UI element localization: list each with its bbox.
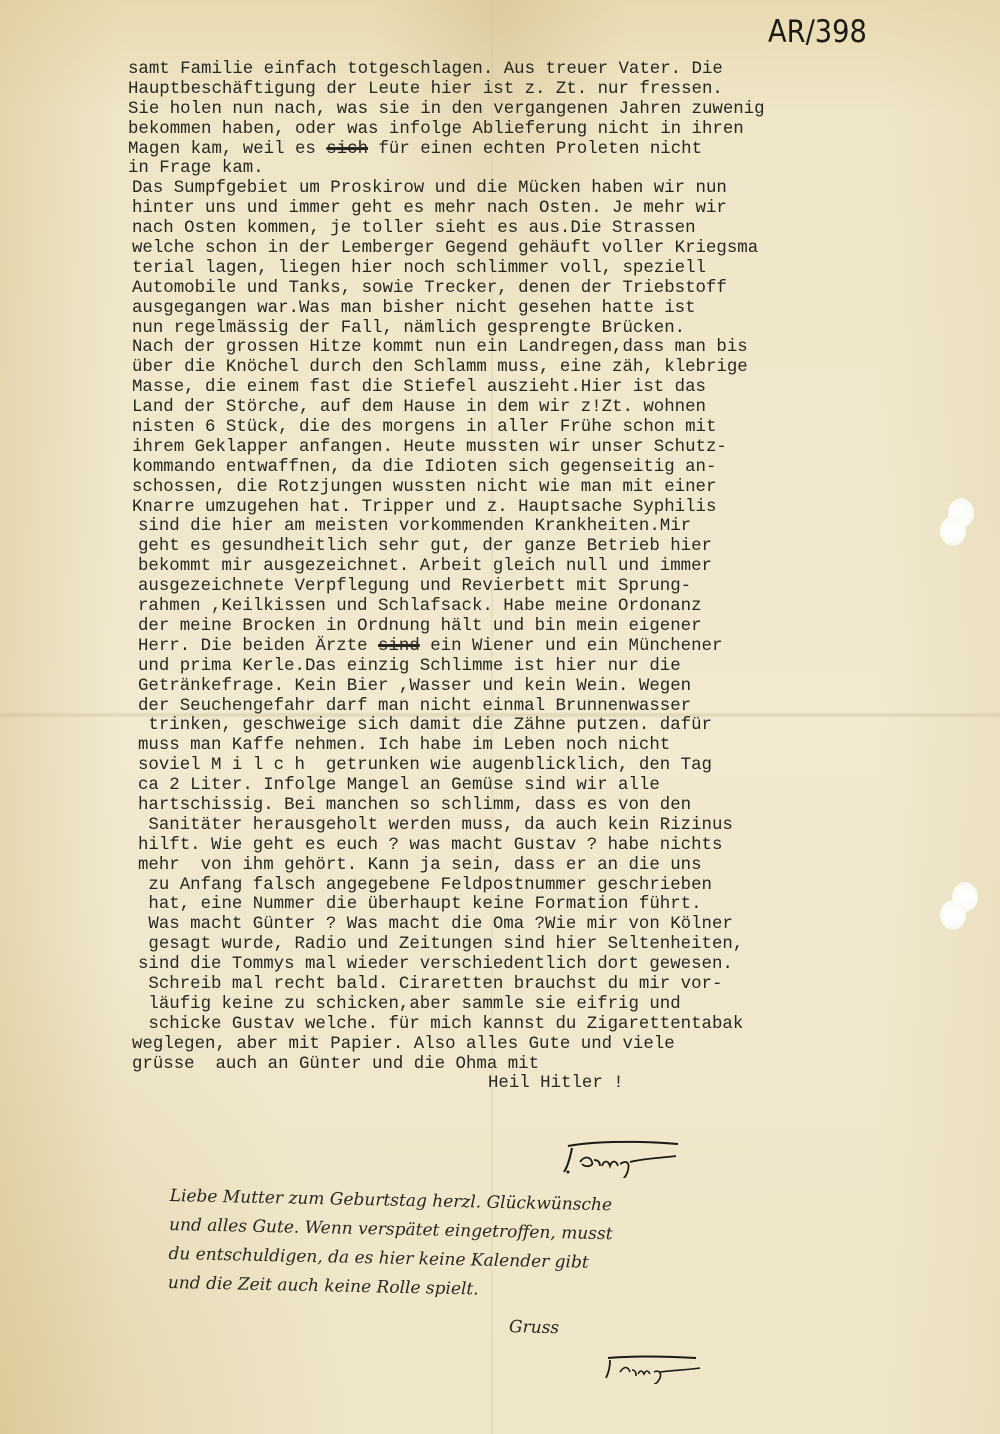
typed-line: ausgezeichnete Verpflegung und Revierbet… (128, 577, 908, 597)
typed-line: gesagt wurde, Radio und Zeitungen sind h… (128, 935, 908, 955)
typed-line: Was macht Günter ? Was macht die Oma ?Wi… (128, 915, 908, 935)
postscript-greeting: Gruss (509, 1313, 560, 1343)
struck-word: sind (378, 637, 420, 656)
typed-line: nach Osten kommen, je toller sieht es au… (128, 219, 908, 239)
typed-line: Sie holen nun nach, was sie in den verga… (128, 100, 908, 120)
archive-id-stamp: AR/398 (768, 14, 867, 50)
typed-line: Knarre umzugehen hat. Tripper und z. Hau… (128, 498, 908, 518)
typed-line: hartschissig. Bei manchen so schlimm, da… (128, 796, 908, 816)
typed-line: nisten 6 Stück, die des morgens in aller… (128, 418, 908, 438)
typed-line: Land der Störche, auf dem Hause in dem w… (128, 398, 908, 418)
typed-line: ihrem Geklapper anfangen. Heute mussten … (128, 438, 908, 458)
signature-icon (550, 1138, 690, 1178)
typed-line: geht es gesundheitlich sehr gut, der gan… (128, 537, 908, 557)
typed-line: läufig keine zu schicken,aber sammle sie… (128, 995, 908, 1015)
typed-line: samt Familie einfach totgeschlagen. Aus … (128, 60, 908, 80)
typed-line: Getränkefrage. Kein Bier ,Wasser und kei… (128, 677, 908, 697)
typed-line: Schreib mal recht bald. Ciraretten brauc… (128, 975, 908, 995)
punch-hole (940, 516, 966, 546)
typed-line: rahmen ,Keilkissen und Schlafsack. Habe … (128, 597, 908, 617)
typed-line: welche schon in der Lemberger Gegend geh… (128, 239, 908, 259)
typed-line: bekommen haben, oder was infolge Abliefe… (128, 120, 908, 140)
typed-line: sind die hier am meisten vorkommenden Kr… (128, 517, 908, 537)
typed-line: in Frage kam. (128, 159, 908, 179)
typed-line: schicke Gustav welche. für mich kannst d… (128, 1015, 908, 1035)
typed-line: zu Anfang falsch angegebene Feldpostnumm… (128, 876, 908, 896)
typed-line: über die Knöchel durch den Schlamm muss,… (128, 358, 908, 378)
signature-icon (600, 1354, 710, 1384)
typed-line: der meine Brocken in Ordnung hält und bi… (128, 617, 908, 637)
closing-salutation: Heil Hitler ! (128, 1074, 908, 1094)
typed-line: terial lagen, liegen hier noch schlimmer… (128, 259, 908, 279)
typed-line: Sanitäter herausgeholt werden muss, da a… (128, 816, 908, 836)
typed-line: muss man Kaffe nehmen. Ich habe im Leben… (128, 736, 908, 756)
typed-line: soviel M i l c h getrunken wie augenblic… (128, 756, 908, 776)
typed-line: Hauptbeschäftigung der Leute hier ist z.… (128, 80, 908, 100)
typed-line: mehr von ihm gehört. Kann ja sein, dass … (128, 856, 908, 876)
typed-line: Herr. Die beiden Ärzte sind ein Wiener u… (128, 637, 908, 657)
typed-line: sind die Tommys mal wieder verschiedentl… (128, 955, 908, 975)
typed-line: Magen kam, weil es sich für einen echten… (128, 140, 908, 160)
typed-line: hinter uns und immer geht es mehr nach O… (128, 199, 908, 219)
typed-line: weglegen, aber mit Papier. Also alles Gu… (128, 1035, 908, 1055)
letter-page: AR/398 samt Familie einfach totgeschlage… (0, 0, 1000, 1434)
struck-word: sich (326, 140, 368, 159)
typed-line: Das Sumpfgebiet um Proskirow und die Müc… (128, 179, 908, 199)
typed-line: der Seuchengefahr darf man nicht einmal … (128, 697, 908, 717)
typed-line: grüsse auch an Günter und die Ohma mit (128, 1055, 908, 1075)
typewritten-body: samt Familie einfach totgeschlagen. Aus … (128, 60, 908, 1094)
typed-line: hat, eine Nummer die überhaupt keine For… (128, 895, 908, 915)
typed-line: ausgegangen war.Was man bisher nicht ges… (128, 299, 908, 319)
handwritten-postscript: Liebe Mutter zum Geburtstag herzl. Glück… (168, 1182, 890, 1313)
typed-line: schossen, die Rotzjungen wussten nicht w… (128, 478, 908, 498)
punch-hole (940, 900, 966, 930)
typed-line: Masse, die einem fast die Stiefel auszie… (128, 378, 908, 398)
typed-line: kommando entwaffnen, da die Idioten sich… (128, 458, 908, 478)
typed-line: bekommt mir ausgezeichnet. Arbeit gleich… (128, 557, 908, 577)
typed-line: Automobile und Tanks, sowie Trecker, den… (128, 279, 908, 299)
typed-line: und prima Kerle.Das einzig Schlimme ist … (128, 657, 908, 677)
typed-line: Nach der grossen Hitze kommt nun ein Lan… (128, 338, 908, 358)
typed-line: ca 2 Liter. Infolge Mangel an Gemüse sin… (128, 776, 908, 796)
typed-line: nun regelmässig der Fall, nämlich gespre… (128, 319, 908, 339)
typed-line: trinken, geschweige sich damit die Zähne… (128, 716, 908, 736)
typed-line: hilft. Wie geht es euch ? was macht Gust… (128, 836, 908, 856)
